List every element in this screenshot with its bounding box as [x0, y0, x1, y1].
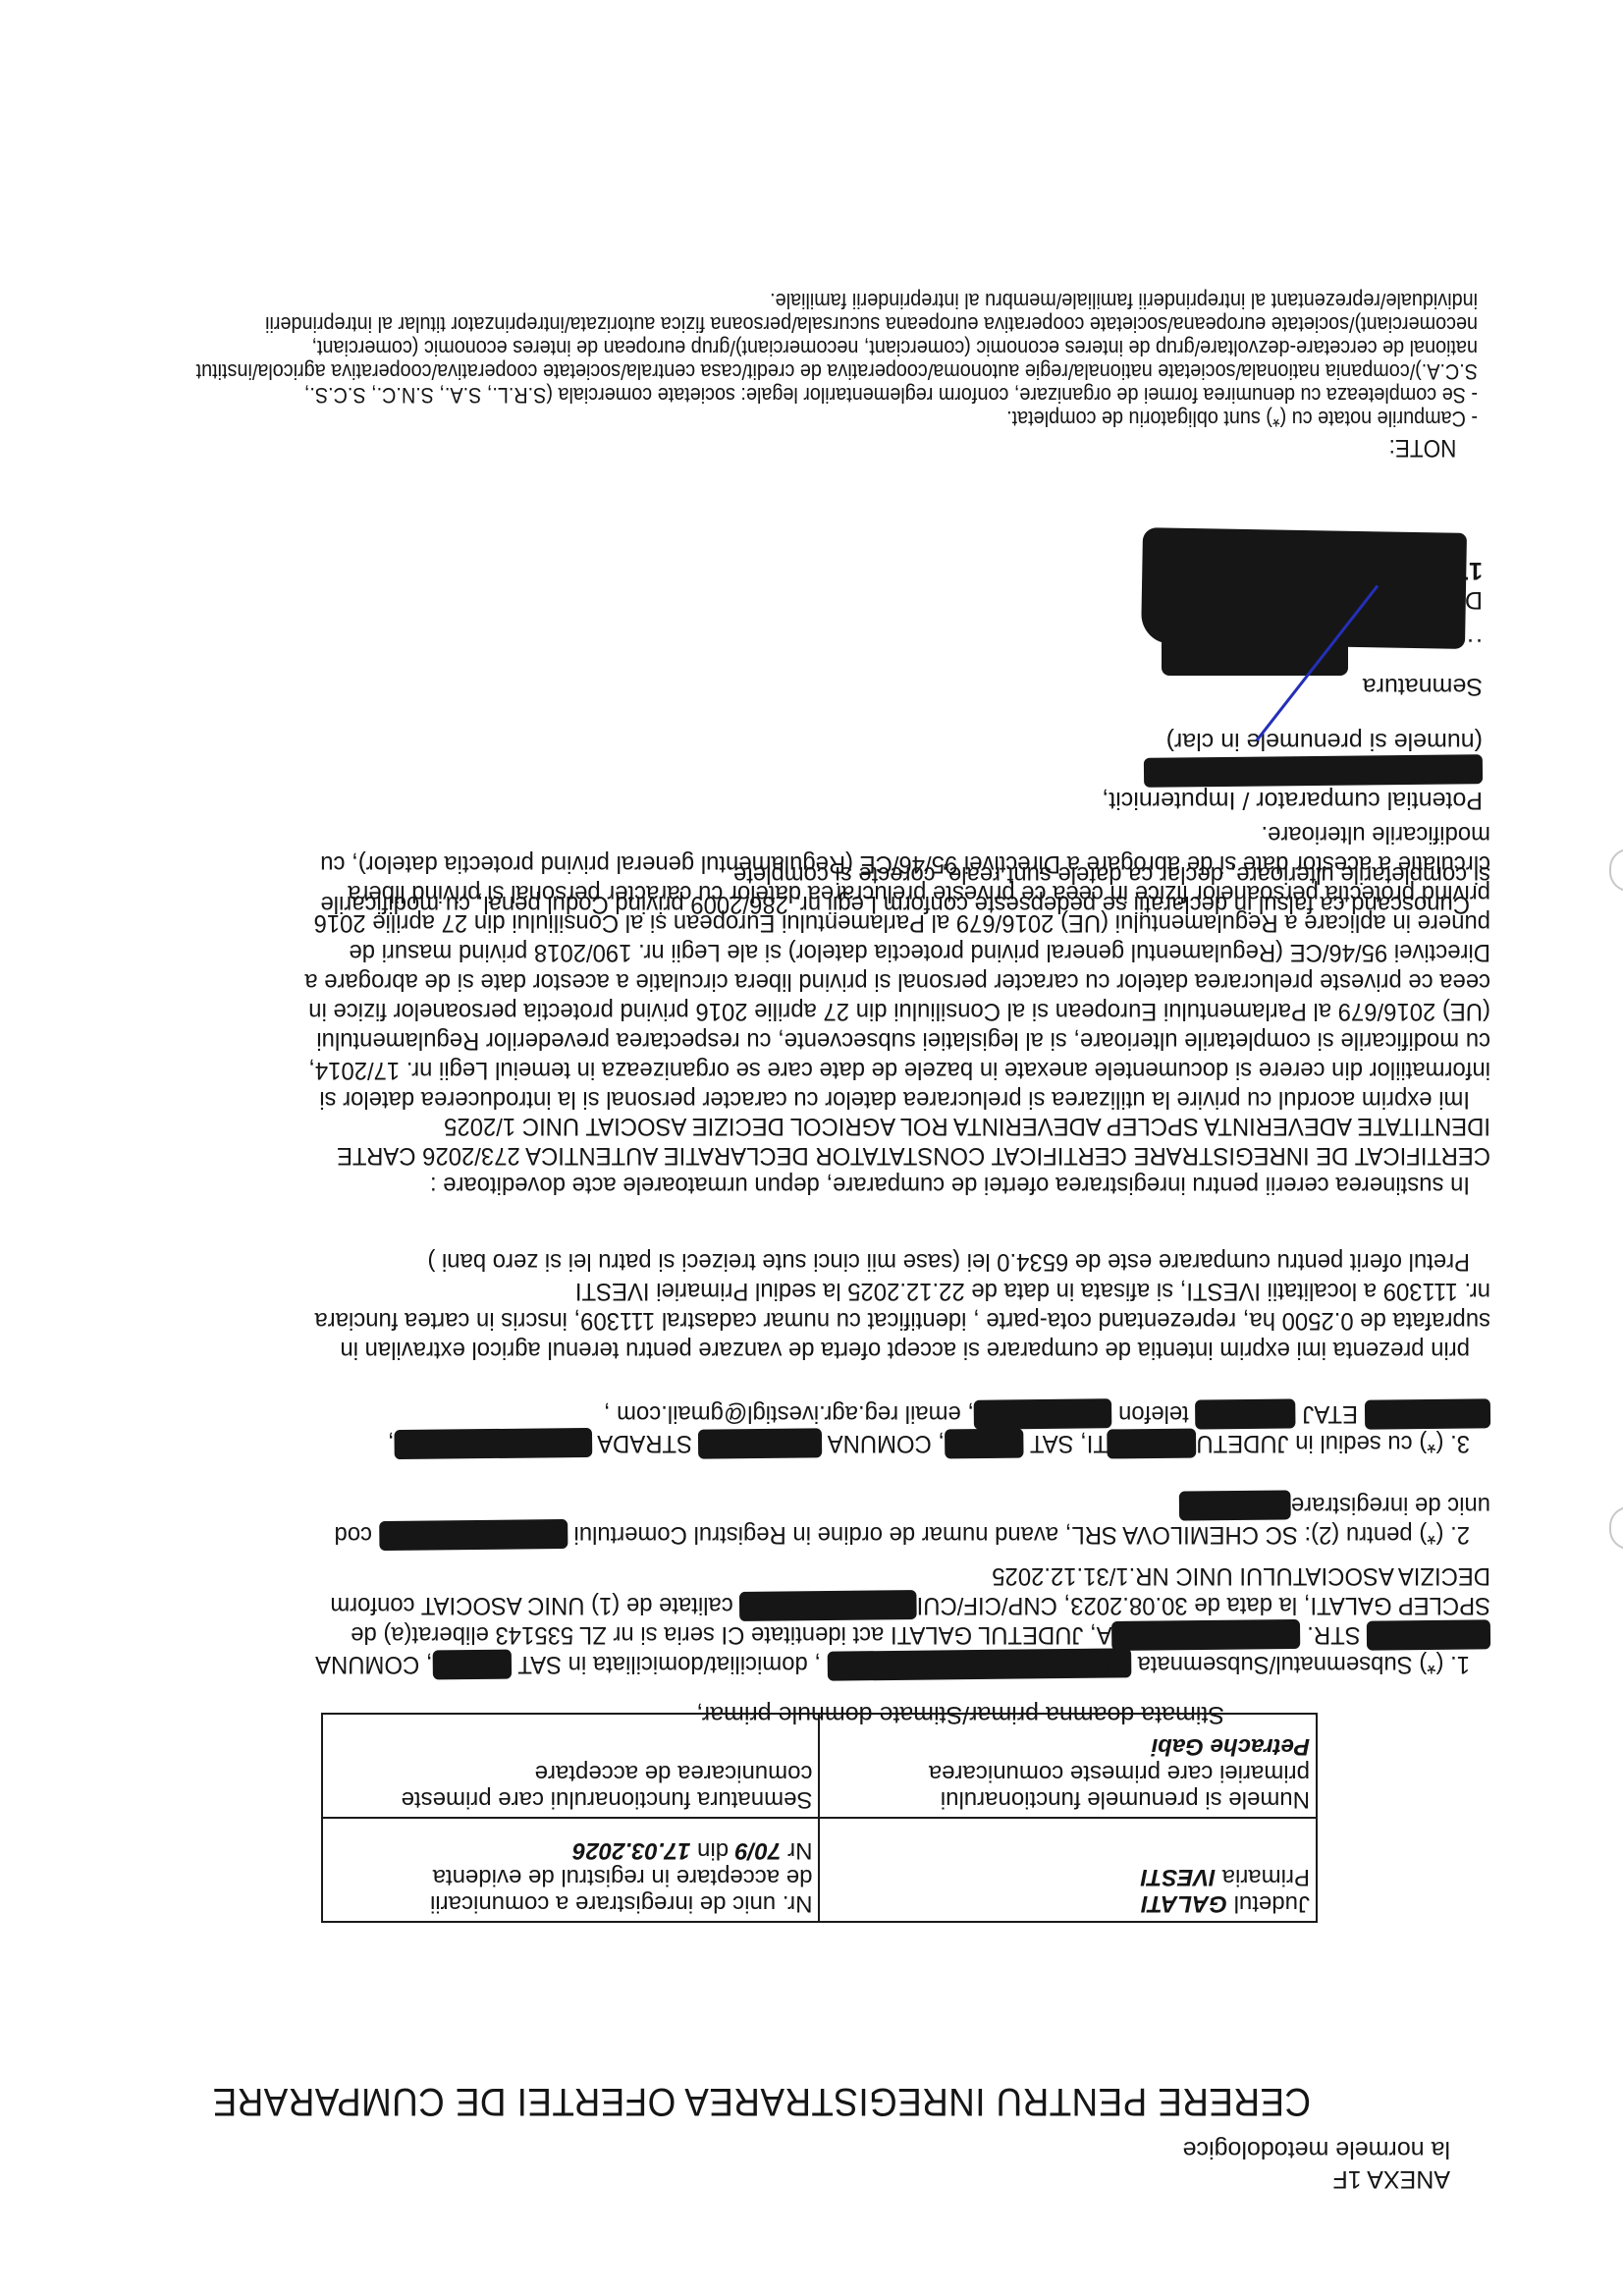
role-label: Potential cumparator / Imputernicit, [1102, 786, 1483, 815]
name-caption: (numele si prenumele in clar) [1102, 727, 1483, 756]
offer-line: prin prezenta imi exprim intentia de cum… [206, 1336, 1490, 1365]
official-signature-label: Semnatura functionarului care primeste [329, 1786, 813, 1813]
decision-reference: DECIZIA ASOCIATULUI UNIC NR.1/31.12.2025 [206, 1561, 1490, 1591]
county-label: Judetul [1234, 1890, 1310, 1917]
supporting-documents: In sustinerea cererii pentru inregistrar… [206, 1112, 1490, 1200]
comma: , [388, 1430, 395, 1457]
applicant-section: 1. (*) Subsemnatul/Subsemnata POPA MARIA… [206, 1561, 1490, 1679]
consent-line: (UE) 2016/679 al Parlamentului European … [206, 997, 1490, 1026]
consent-line: modificarile ulterioare. [206, 820, 1490, 849]
note-line: - Se completeaza cu denumirea formei de … [196, 383, 1478, 407]
annex-subtitle: la normele metodologice [1183, 2135, 1450, 2164]
cod-label: cod [335, 1521, 372, 1549]
redacted-street: FRUNZEI NR. 33 [1111, 1619, 1300, 1651]
redacted-signature [1141, 527, 1467, 649]
redacted-name: POPA MARIANA NICOLETA [828, 1648, 1132, 1680]
annex-label: ANEXA 1F [1183, 2164, 1450, 2194]
redacted-buyer-name: POPA MARIANA NICOLETA [1144, 754, 1483, 788]
official-name-label: Numele si prenumele functionarului [827, 1786, 1311, 1813]
company-section: 2. (*) pentru (2): SC CHEMILOVA SRL, ava… [206, 1491, 1490, 1550]
offer-line: nr. 111309 a localitatii IVESTI, si afis… [206, 1277, 1490, 1306]
reg-no-label-2: de acceptare in registrul de evidenta [329, 1864, 813, 1890]
declaration-line: si completarile ulterioare, declar ca da… [206, 860, 1490, 890]
headquarters-section: 3. (*) cu sediul in JUDETUL GALATI, SAT … [206, 1399, 1490, 1458]
email-text: , email reg.agr.ivestigl@gmail.com , [604, 1400, 974, 1428]
applicant-intro: 1. (*) Subsemnatul/Subsemnata [1138, 1651, 1470, 1678]
street-label: STR. [1307, 1621, 1360, 1649]
official-name-cell: Numele si prenumele functionarului prima… [820, 1714, 1318, 1818]
townhall-label: Primaria [1222, 1864, 1310, 1890]
docs-line: IDENTITATE ADEVERINTA SPCLEP ADEVERINTA … [206, 1112, 1490, 1141]
binder-hole-mark [1609, 848, 1623, 892]
county-value: GALATI [1141, 1890, 1227, 1917]
phone-label: telefon [1118, 1400, 1189, 1428]
note-line: individuale/reprezentant al intreprinder… [196, 289, 1478, 312]
hq-village-label: TI, SAT [1030, 1430, 1108, 1457]
official-signature-cell: Semnatura functionarului care primeste c… [322, 1714, 820, 1818]
declaration-paragraph: Cunoscand ca falsul in declaratii se ped… [206, 860, 1490, 919]
reg-no-label: Nr. unic de inregistrare a comunicarii [329, 1890, 813, 1917]
redacted-phone: 0723226548 [974, 1398, 1112, 1430]
county-townhall-cell: Judetul GALATI Primaria IVESTI [820, 1818, 1318, 1922]
declaration-line: Cunoscand ca falsul in declaratii se ped… [206, 890, 1490, 919]
docs-line: CERTIFICAT DE INREGISTRARE CERTIFICAT CO… [206, 1141, 1490, 1171]
document-title: CERERE PENTRU INREGISTRAREA OFERTEI DE C… [212, 2079, 1311, 2123]
capacity-text: calitate de (1) UNIC ASOCIAT conform [330, 1592, 732, 1619]
note-line: - Campurile notate cu (*) sunt obligator… [196, 407, 1478, 430]
commune-label: , COMUNA [315, 1651, 432, 1678]
townhall-value: IVESTI [1141, 1864, 1216, 1890]
redacted-cnp: 2780820170376 [739, 1590, 917, 1621]
reg-no-value: 70/9 [735, 1837, 782, 1864]
reg-no-date: 17.03.2026 [572, 1837, 690, 1864]
redacted-floor: PARTER [1195, 1398, 1296, 1429]
redacted-village: COSTI [432, 1650, 512, 1680]
hq-commune-label: , COMUNA [829, 1430, 945, 1457]
registry-table: Judetul GALATI Primaria IVESTI Nr. unic … [321, 1713, 1318, 1923]
registration-number-cell: Nr. unic de inregistrare a comunicarii d… [322, 1818, 820, 1922]
redacted-street: FRUNZEI NR.33A [394, 1428, 592, 1459]
redacted-village: COSTI [945, 1429, 1024, 1459]
note-line: national de cercetare-dezvoltare/grup de… [196, 336, 1478, 359]
consent-line: cu modificarile si completarile ulterioa… [206, 1026, 1490, 1056]
hq-county-label: 3. (*) cu sediul in JUDETU [1196, 1430, 1470, 1457]
note-line: S.C.A.)/compania nationala/societate nat… [196, 359, 1478, 383]
document-page: ANEXA 1F la normele metodologice CERERE … [0, 0, 1623, 2296]
note-line: necomerciant)/societate europeana/societ… [196, 312, 1478, 336]
redacted-county: L GALA [1108, 1429, 1197, 1459]
redacted-cui: 34275996 [1179, 1490, 1291, 1520]
official-name-value: Petrache Gabi [827, 1733, 1311, 1760]
consent-line: ceea ce priveste prelucrarea datelor cu … [206, 967, 1490, 997]
cui-label: unic de inregistrare [1291, 1492, 1490, 1519]
id-document-text: A, JUDETUL GALATI act identitate CI seri… [351, 1621, 1111, 1649]
docs-line: In sustinerea cererii pentru inregistrar… [206, 1171, 1490, 1200]
offer-line: suprafata de 0.2500 ha, reprezentand cot… [206, 1306, 1490, 1336]
consent-line: Imi exprim acordul cu privire la utiliza… [206, 1085, 1490, 1115]
redacted-commune: VANATORI [698, 1428, 822, 1458]
company-text: 2. (*) pentru (2): SC CHEMILOVA SRL, ava… [573, 1521, 1470, 1549]
offered-price: Pretul oferit pentru cumparare este de 6… [206, 1247, 1490, 1277]
notes-heading: NOTE: [196, 436, 1478, 460]
floor-label: ETAJ [1302, 1400, 1358, 1428]
annex-header: ANEXA 1F la normele metodologice [1183, 2135, 1450, 2194]
official-signature-label-2: comunicarea de acceptare [329, 1760, 813, 1786]
redacted-commune: VANATORI [1367, 1619, 1490, 1650]
domicile-text: , domiciliat/domiciliata in SAT [518, 1651, 821, 1678]
reg-no-prefix: Nr [787, 1837, 812, 1864]
redacted-trade-register-no: J2015000378178 [379, 1519, 568, 1551]
reg-no-din: din [697, 1837, 729, 1864]
notes-section: NOTE: - Campurile notate cu (*) sunt obl… [196, 289, 1478, 460]
greeting: Stimata doamna primar/Stimate domnule pr… [696, 1700, 1224, 1728]
consent-line: informatiilor din cerere si documentele … [206, 1056, 1490, 1085]
redacted-room: CAMERA 1 [1364, 1398, 1490, 1429]
official-name-label-2: primariei care primeste comunicarea [827, 1760, 1311, 1786]
hq-street-label: STRADA [598, 1430, 692, 1457]
binder-hole-mark [1609, 1506, 1623, 1550]
consent-line: Directivei 95/46/CE (Regulamentul genera… [206, 938, 1490, 967]
cnp-label: SPCLEP GALATI, la data de 30.08.2023, CN… [917, 1592, 1490, 1619]
offer-paragraph: prin prezenta imi exprim intentia de cum… [206, 1247, 1490, 1365]
